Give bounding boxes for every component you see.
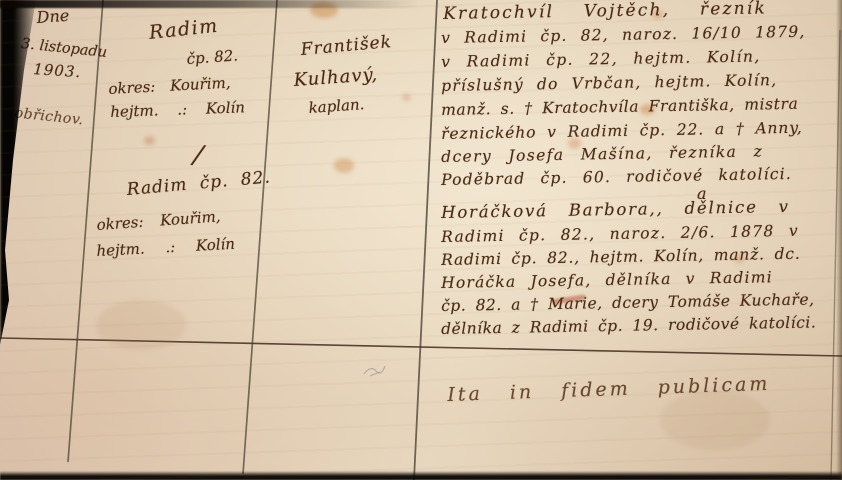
officiant-first-name: František bbox=[300, 32, 393, 60]
residence-hejtmanstvi: hejtm. .: Kolín bbox=[110, 98, 245, 121]
photo-shadow-bottom-edge bbox=[0, 471, 842, 480]
paper-stain bbox=[402, 94, 411, 101]
bride-line: čp. 82. a † Marie, dcery Tomáše Kuchaře, bbox=[441, 290, 815, 315]
paper-stain bbox=[310, 2, 338, 18]
bride-line: Radimi čp. 82., hejtm. Kolín, manž. dc. bbox=[441, 245, 801, 269]
groom-line: v Radimi čp. 22, hejtm. Kolín, bbox=[441, 47, 761, 71]
entry-date-year: 1903. bbox=[33, 60, 82, 81]
register-photo: Dne 3. listopadu 1903. Dobřichov. Radim … bbox=[0, 0, 842, 480]
residence-separator-slash: / bbox=[192, 140, 205, 171]
residence-village: Radim bbox=[148, 15, 220, 44]
bride-line: dělníka z Radimi čp. 19. rodičové katolí… bbox=[441, 313, 816, 338]
groom-line: v Radimi čp. 82, naroz. 16/10 1879, bbox=[441, 23, 806, 47]
entry-date-heading: Dne bbox=[36, 6, 70, 27]
groom-line: Kratochvíl Vojtěch, řezník bbox=[443, 0, 767, 24]
paper-stain bbox=[660, 390, 770, 450]
column-divider-2 bbox=[243, 0, 277, 474]
entry-date-day-month: 3. listopadu bbox=[20, 36, 107, 61]
entry-place: Dobřichov. bbox=[2, 104, 84, 128]
paper-stain bbox=[144, 136, 155, 145]
bride-line: Horáčková Barbora,, dělnice v bbox=[441, 197, 790, 222]
column-divider-3 bbox=[414, 0, 437, 480]
officiant-last-name: Kulhavý, bbox=[293, 64, 379, 91]
photo-shadow-right-edge bbox=[836, 0, 842, 480]
bride-line: Radimi čp. 82., naroz. 2/6. 1878 v bbox=[441, 222, 799, 246]
residence2-village: Radim čp. 82. bbox=[126, 167, 272, 200]
groom-line: Poděbrad čp. 60. rodičové katolíci. bbox=[441, 165, 792, 189]
officiant-title: kaplan. bbox=[308, 95, 365, 117]
residence2-hejtmanstvi: hejtm. .: Kolín bbox=[96, 235, 235, 260]
paper-stain bbox=[96, 300, 186, 350]
residence-house-number: čp. 82. bbox=[186, 46, 239, 68]
right-margin-line bbox=[831, 30, 840, 480]
residence-district: okres: Kouřim, bbox=[108, 74, 231, 98]
residence2-district: okres: Kouřim, bbox=[96, 207, 221, 234]
row-divider-line bbox=[0, 338, 842, 356]
attestation-line: Ita in fidem publicam bbox=[447, 373, 771, 406]
groom-line: příslušný do Vrbčan, hejtm. Kolín, bbox=[441, 71, 777, 95]
paper-stain bbox=[334, 158, 354, 173]
bride-line: Horáčka Josefa, dělníka v Radimi bbox=[441, 268, 773, 292]
groom-line: řeznického v Radimi čp. 22. a † Anny, bbox=[441, 119, 803, 143]
groom-line: dcery Josefa Mašína, řezníka z bbox=[441, 142, 763, 166]
groom-line: manž. s. † Kratochvíla Františka, mistra bbox=[441, 95, 798, 119]
